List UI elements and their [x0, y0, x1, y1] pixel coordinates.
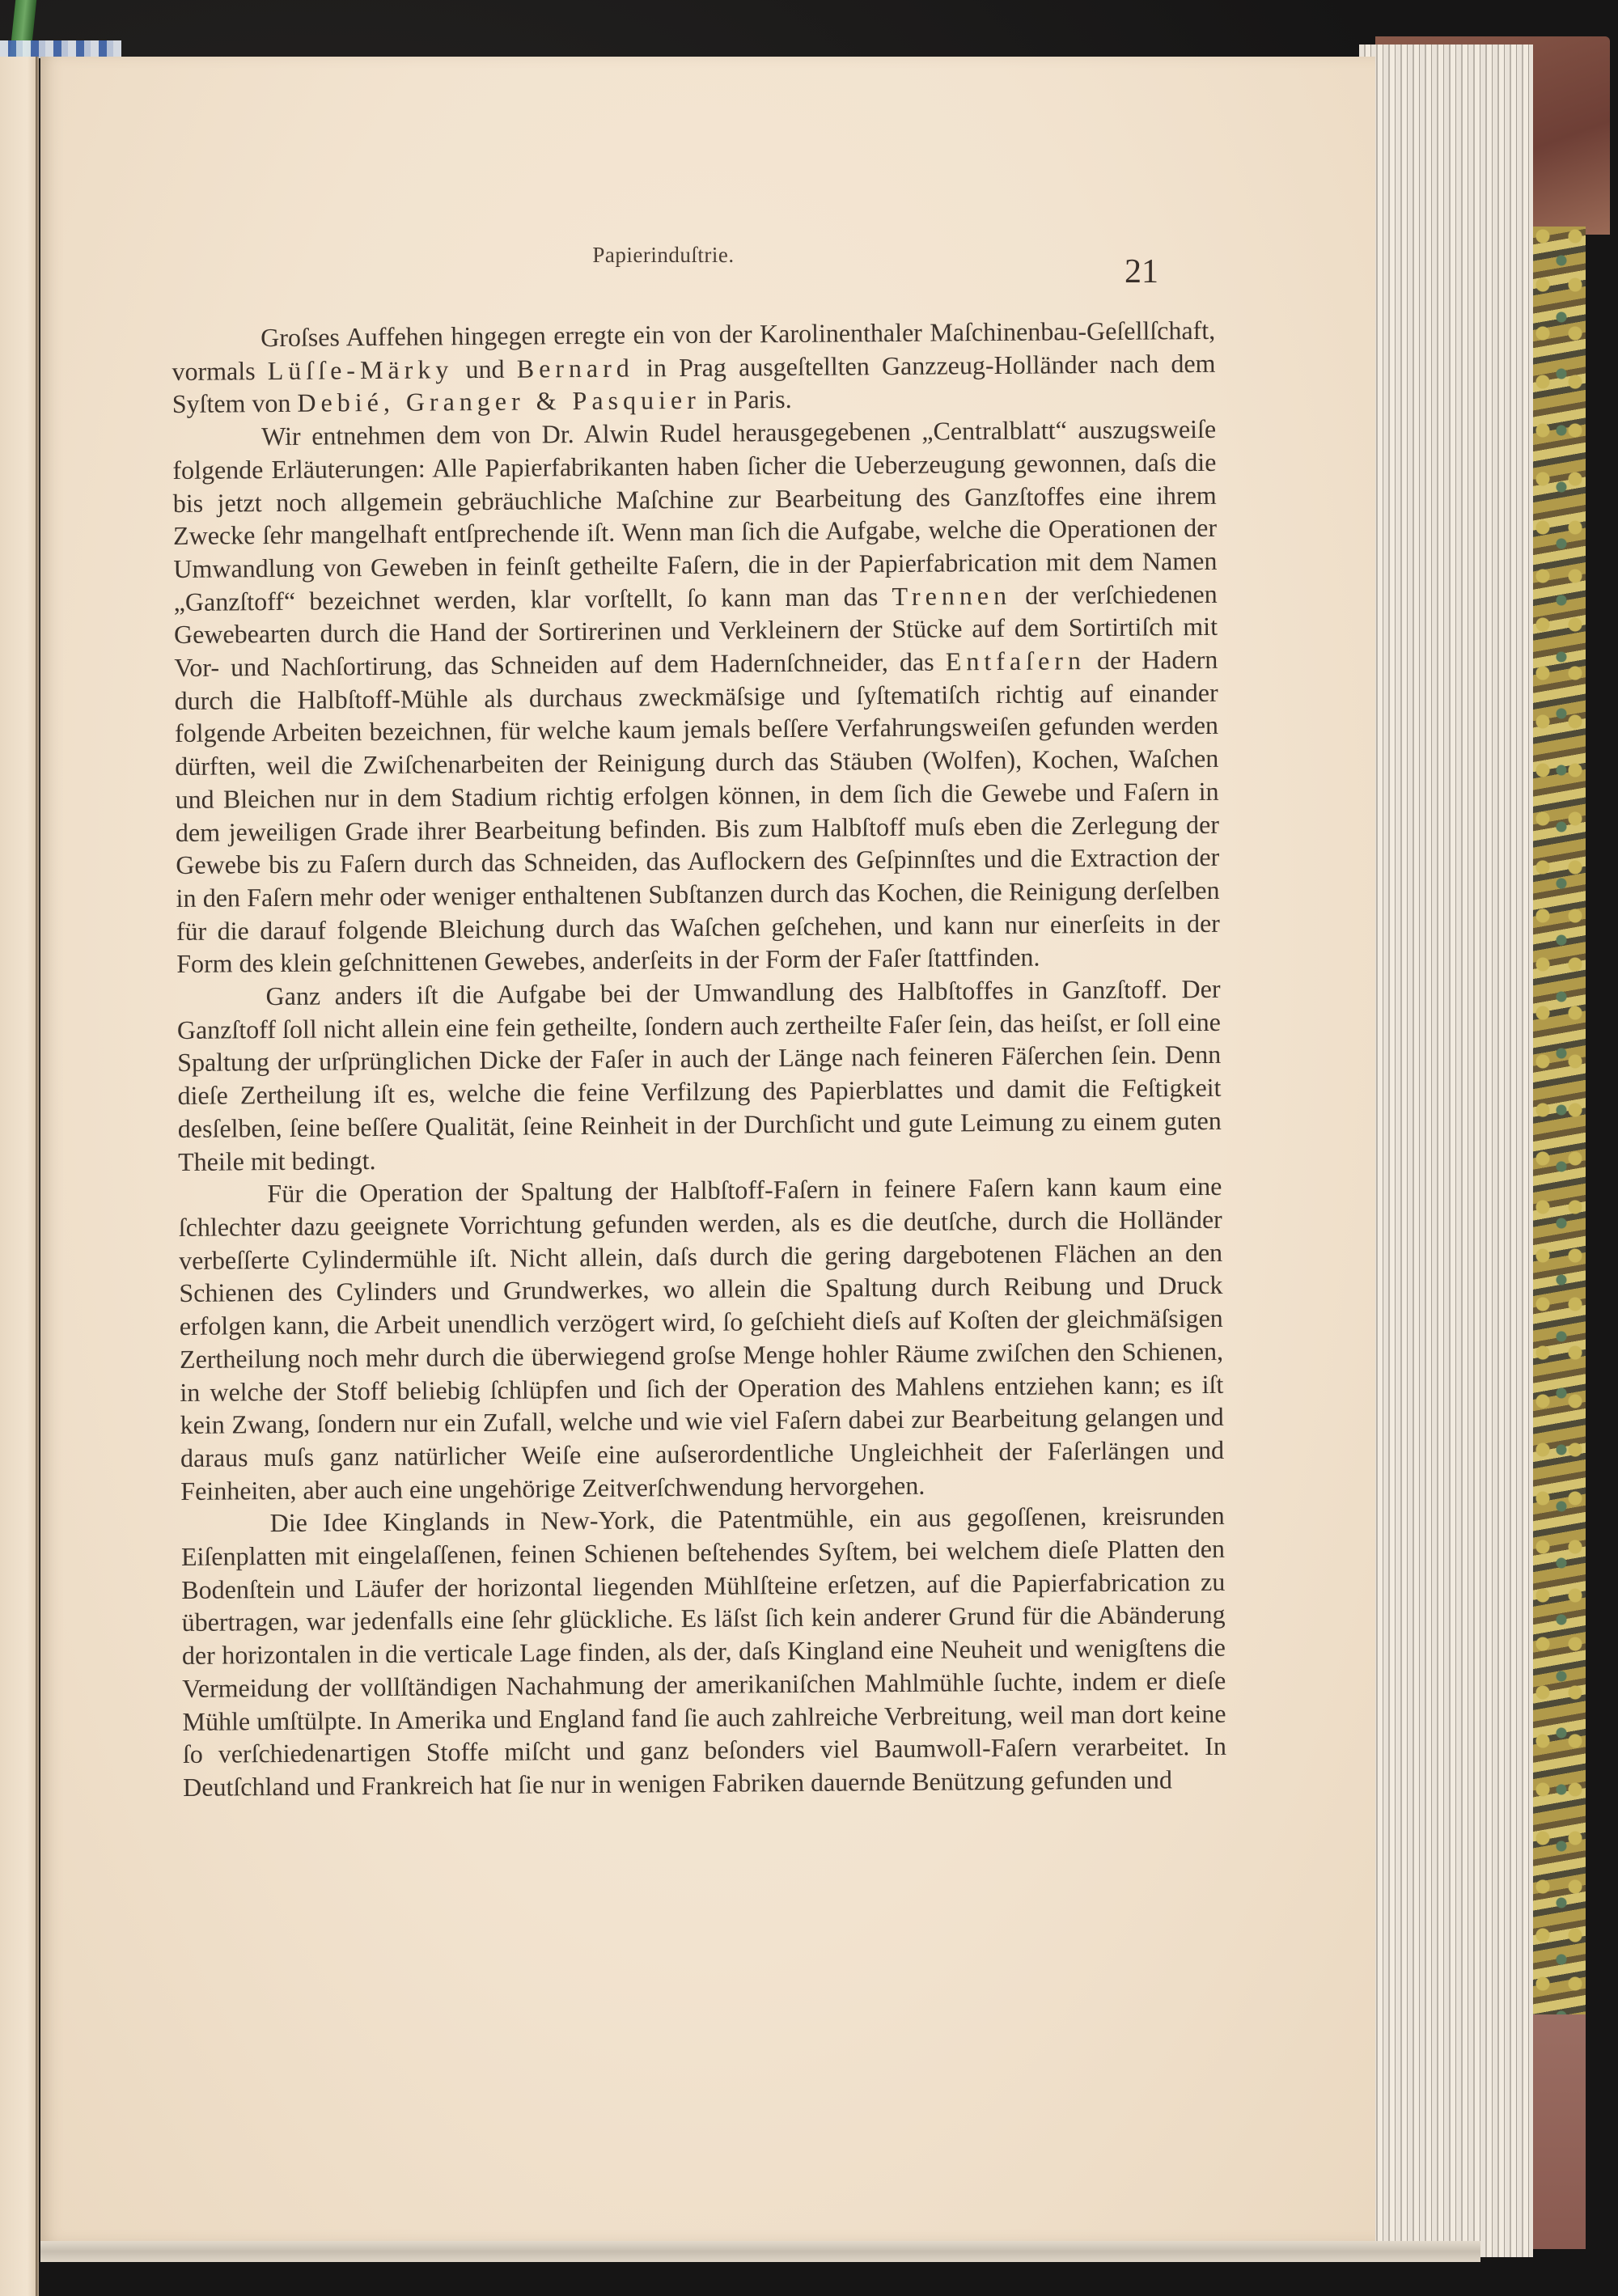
- spaced-name: Entfaſern: [946, 646, 1086, 676]
- text-run: in Paris.: [701, 384, 792, 414]
- paragraph: Wir entnehmen dem von Dr. Alwin Rudel he…: [172, 413, 1220, 981]
- paragraph: Für die Operation der Spaltung der Halbſ…: [178, 1170, 1224, 1507]
- text-run: Die Idee Kinglands in New-York, die Pate…: [181, 1501, 1226, 1802]
- text-run: Für die Operation der Spaltung der Halbſ…: [179, 1171, 1224, 1505]
- text-run: der Hadern durch die Halbſtoff-Mühle als…: [175, 645, 1220, 978]
- gutter: [36, 57, 39, 2296]
- spaced-name: Trennen: [892, 580, 1011, 610]
- page-number: 21: [1125, 252, 1158, 291]
- paragraph: Groſses Auffehen hingegen erregte ein vo…: [172, 314, 1216, 421]
- paragraph: Die Idee Kinglands in New-York, die Pate…: [181, 1499, 1227, 1803]
- running-head: Papierinduſtrie.: [138, 243, 1189, 268]
- text-run: und: [453, 354, 517, 383]
- spaced-name: Lüſſe-Märky: [268, 354, 454, 385]
- text-run: Ganz anders iſt die Aufgabe bei der Umwa…: [177, 974, 1222, 1176]
- page-stack-edges: [1359, 44, 1533, 2257]
- book-cover-marbled-board: [1533, 227, 1586, 2023]
- headband: [0, 40, 121, 58]
- body-text: Groſses Auffehen hingegen erregte ein vo…: [172, 314, 1226, 1804]
- spaced-name: Bernard: [517, 353, 634, 383]
- paragraph: Ganz anders iſt die Aufgabe bei der Umwa…: [176, 972, 1222, 1178]
- spaced-name: Debié, Granger & Pasquier: [297, 385, 701, 417]
- page-bottom-edge: [40, 2241, 1480, 2262]
- book-scan: Papierinduſtrie. 21 Groſses Auffehen hin…: [0, 0, 1618, 2296]
- left-facing-page-edge: [0, 57, 39, 2296]
